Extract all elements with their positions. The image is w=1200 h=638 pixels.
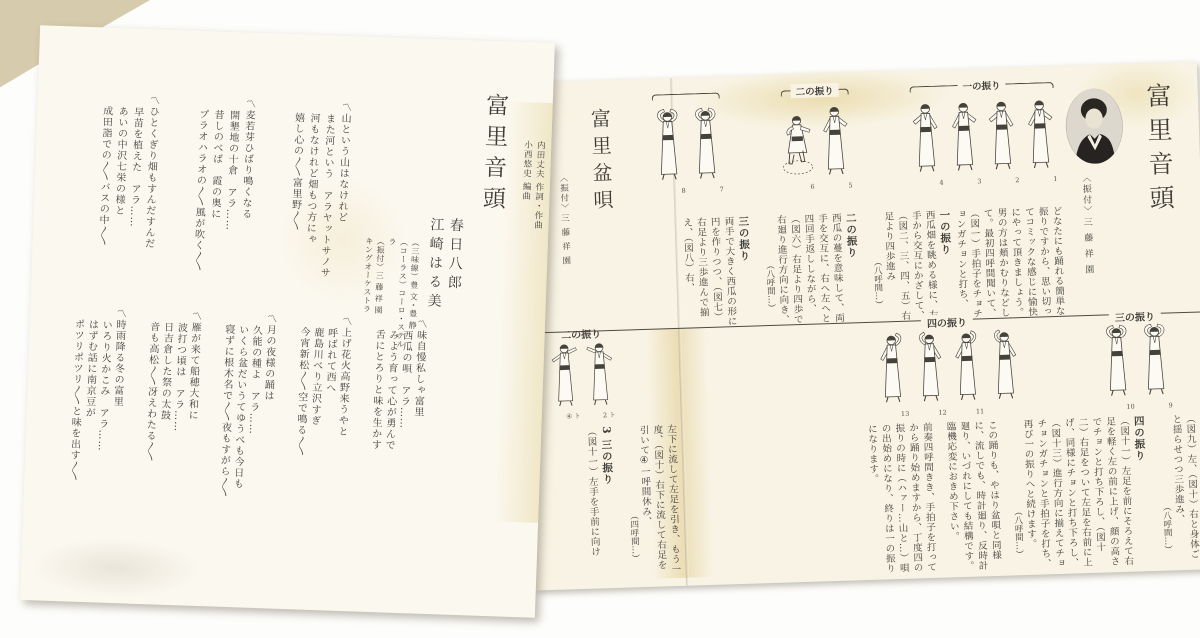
- dancer-figure: 7: [688, 103, 724, 184]
- choreographer-portrait: [1065, 88, 1124, 165]
- dancer-figure: 8: [650, 105, 686, 186]
- dancer-row: 65: [777, 99, 855, 181]
- dancer-figure: 13: [874, 328, 910, 409]
- instruction-section: 一の振り西瓜畑を眺める様に、左手から交互にかざして、（図二、三、四、五）右足より…: [869, 209, 956, 324]
- song-title: 富里音頭: [470, 93, 512, 356]
- dancer-figure: 9: [1137, 319, 1173, 400]
- figure-group: 二の振り 65: [776, 82, 855, 181]
- instruction-section: 3 三の振り（図十一）左手を手前に向け: [583, 426, 618, 581]
- dancer-row: 87: [648, 103, 726, 185]
- ondo-title: 富里音頭: [1139, 82, 1179, 219]
- instruction-sheet: 富里盆唄 〈振付〉三 藤 祥 園 二の振り④ ト2 ト 左下に流して左足を引き、…: [520, 61, 1200, 590]
- verses-lower: 〽味自慢私しゃ富里西瓜の唄 アラ……みよう育って心が勇んで舌にとろりと味を生かす…: [36, 305, 428, 514]
- lyric-verse: 〽ひとくぎり畑もすんだすんだ早苗を植えた アラ……あいの中沢七栄の様と成田詣での…: [91, 93, 160, 307]
- figure-number: 10: [1126, 403, 1135, 411]
- figure-number: 3: [977, 177, 981, 185]
- section-body: 両手で大きく西瓜の形に円を作りつつ、（図七）右足より三歩進んで揃え、（図八）右、: [679, 216, 738, 330]
- figure-number: 8: [681, 187, 685, 195]
- lyric-verse: 〽雁が来て船穂大和に波打つ頃は アラ……日吉倉した祭の太鼓音も高松〳〵冴えわたる…: [140, 309, 202, 507]
- figure-strip-top: 87二の振り 65一の振り4321: [647, 76, 1060, 186]
- dancer-row: 4321: [906, 93, 1060, 178]
- figure-number: 12: [938, 409, 947, 417]
- dancer-figure: 1: [1022, 93, 1058, 174]
- section-body: （図九）左、（図十）右と身体ごと揺らせつつ三歩進み、: [1168, 414, 1200, 565]
- lyric-verse: 〽山という山はなけれどまた河という アラヤットサノサ河もなけれど畑もつ方にゃ嬉し…: [283, 100, 352, 314]
- section-body: 西瓜の蔓を意味して、両手を交互に、右へ左へと四回手返ししながら、（図六）右足より…: [773, 213, 845, 327]
- figure-number: ④ ト: [566, 411, 581, 420]
- dancer-row: 131211: [872, 324, 1024, 409]
- section-body: （図十一）左足を前にそろえて右足を軽く左の前に上げ、顔の高さでチョンと打ち下ろし…: [1020, 416, 1135, 569]
- dancer-row: 109: [1080, 319, 1192, 402]
- instruction-section: 前奏四呼間きき、手拍子を打ってから踊り始めますから、丁度四の振りの時に（ハァー……: [864, 422, 938, 574]
- figure-group: 一の振り4321: [905, 76, 1060, 178]
- singer-block: 春日八郎 江崎はる美: [421, 91, 469, 354]
- dancer-figure: 3: [946, 95, 982, 176]
- lyric-verse: 〽時雨降る冬の富里いろり火かこみ アラ……はずむ話に南京豆がポツリポツリ〳〵と味…: [65, 306, 127, 504]
- verses-upper: 〽山という山はなけれどまた河という アラヤットサノサ河もなけれど畑もつ方にゃ嬉し…: [45, 92, 352, 314]
- section-body: 左下に流して左足を引き、もう一度、（図十）右下に流して右足を引いて④一呼間休み、: [636, 424, 682, 579]
- figure-group: 三の振り109: [1080, 304, 1193, 402]
- figure-group-label: 三の振り: [1080, 304, 1190, 320]
- section-heading: 二の振り: [842, 212, 862, 324]
- dancer-figure: 2: [984, 94, 1020, 175]
- section-heading: 一の振り: [935, 209, 955, 321]
- figure-number: 13: [901, 410, 910, 418]
- staff-block: （三味線）豊 文・豊 静 （コーラス）コーロ・ステルラ （振付）三 藤 祥 園 …: [359, 89, 426, 353]
- dancer-figure: 10: [1099, 321, 1135, 402]
- instruction-section: この踊りも、やはり盆唄と同様に、流しでも、時計廻り、反時計廻り、いづれにしても結…: [943, 420, 1003, 572]
- dancer-figure: 12: [912, 327, 948, 408]
- dancer-figure: 2 ト: [583, 337, 616, 410]
- dancer-figure: [987, 324, 1023, 405]
- dancer-figure: ④ ト: [548, 338, 581, 411]
- section-body: 西瓜畑を眺める様に、左手から交互にかざして、（図二、三、四、五）右足より四歩進み: [880, 210, 939, 324]
- figure-number: 1: [1053, 175, 1057, 183]
- figure-group-three: 三の振り109: [1080, 304, 1193, 402]
- instruction-section: 二の振り西瓜の蔓を意味して、両手を交互に、右へ左へと四回手返ししながら、（図六）…: [761, 212, 862, 327]
- lyric-verse: 〽味自慢私しゃ富里西瓜の唄 アラ……みよう育って心が勇んで舌にとろりと味を生かす: [365, 317, 427, 515]
- figure-group: 87: [647, 86, 726, 185]
- dancer-figure: 5: [817, 99, 853, 180]
- figure-group-label-text: 一の振り: [957, 78, 1005, 94]
- lyric-sheet-header: 内田丈夫 作詞・作曲 小西悠史 編曲 富里音頭 春日八郎 江崎はる美 （三味線）…: [364, 89, 548, 357]
- instruction-section: 三の振り両手で大きく西瓜の形に円を作りつつ、（図七）右足より三歩進んで揃え、（図…: [679, 216, 754, 330]
- dancer-figure: 11: [949, 325, 985, 406]
- figure-number: 6: [810, 183, 814, 191]
- intro-paragraph: どなたにも踊れる簡単な振りですから、思い切ってコミックな感じに愉快にやって頂きま…: [952, 206, 1066, 321]
- instruction-section: （図九）左、（図十）右と身体ごと揺らせつつ三歩進み、（八呼間…）: [1157, 414, 1200, 565]
- figure-number: 11: [976, 407, 985, 415]
- dancer-figure: 6: [779, 101, 815, 182]
- section-body: この踊りも、やはり盆唄と同様に、流しでも、時計廻り、反時計廻り、いづれにしても結…: [943, 420, 1003, 572]
- bon-uta-choreographer: 〈振付〉三 藤 祥 園: [557, 173, 572, 266]
- ondo-choreographer: 〈振付〉三 藤 祥 園: [1079, 173, 1095, 276]
- figure-group-four: 四の振り131211: [872, 309, 1025, 409]
- figure-number: 7: [719, 185, 723, 193]
- bon-instructions: 左下に流して左足を引き、もう一度、（図十）右下に流して右足を引いて④一呼間休み、…: [539, 424, 682, 582]
- ondo-instructions-lower: （図九）左、（図十）右と身体ごと揺らせつつ三歩進み、（八呼間…）四の振り（図十一…: [768, 414, 1200, 577]
- figure-group-label: 一の振り: [909, 76, 1053, 95]
- section-heading: 三の振り: [734, 216, 754, 328]
- figure-group-label-text: 二の振り: [790, 83, 838, 99]
- figure-number: 9: [1168, 401, 1172, 409]
- figure-number: 5: [848, 181, 852, 189]
- paper-stain: [30, 535, 202, 601]
- lyric-verse: 〽月の夜様の踊は久能の種よ アラ……いくら盆だいうてゆうべも今日も寝ずに根木名で…: [215, 312, 277, 510]
- figure-group-label: 二の振り: [780, 82, 848, 98]
- lyric-verse: 〽上げ花火高野来うやと呼ばれて西へ鹿島川べり立沢すぎ今宵新松〳〵空で鳴る〳〵: [290, 314, 352, 512]
- dancer-figure: 4: [908, 97, 944, 178]
- instruction-section: 左下に流して左足を引き、もう一度、（図十）右下に流して右足を引いて④一呼間休み、…: [624, 424, 682, 580]
- figure-number: 2: [1015, 176, 1019, 184]
- figure-group-label: [651, 87, 719, 103]
- credit-block: 内田丈夫 作詞・作曲 小西悠史 編曲: [513, 94, 548, 357]
- figure-group: 四の振り131211: [872, 309, 1025, 409]
- figure-number: 2 ト: [603, 410, 616, 419]
- figure-number: 4: [939, 179, 943, 187]
- dancer-row: ④ ト2 ト: [528, 336, 636, 411]
- section-body: 前奏四呼間きき、手拍子を打ってから踊り始めますから、丁度四の振りの時に（ハァー……: [864, 422, 938, 574]
- lyric-sheet: 内田丈夫 作詞・作曲 小西悠史 編曲 富里音頭 春日八郎 江崎はる美 （三味線）…: [20, 25, 555, 618]
- bon-uta-title: 富里盆唄: [585, 108, 617, 217]
- lyric-verse: 〽麦若芽ひばり鳴くなる開墾地の十倉 アラ……昔しのべば 霞の奥にプラオハラオの〳…: [187, 97, 256, 311]
- instruction-section: 四の振り（図十一）左足を前にそろえて右足を軽く左の前に上げ、顔の高さでチョンと打…: [1008, 415, 1151, 569]
